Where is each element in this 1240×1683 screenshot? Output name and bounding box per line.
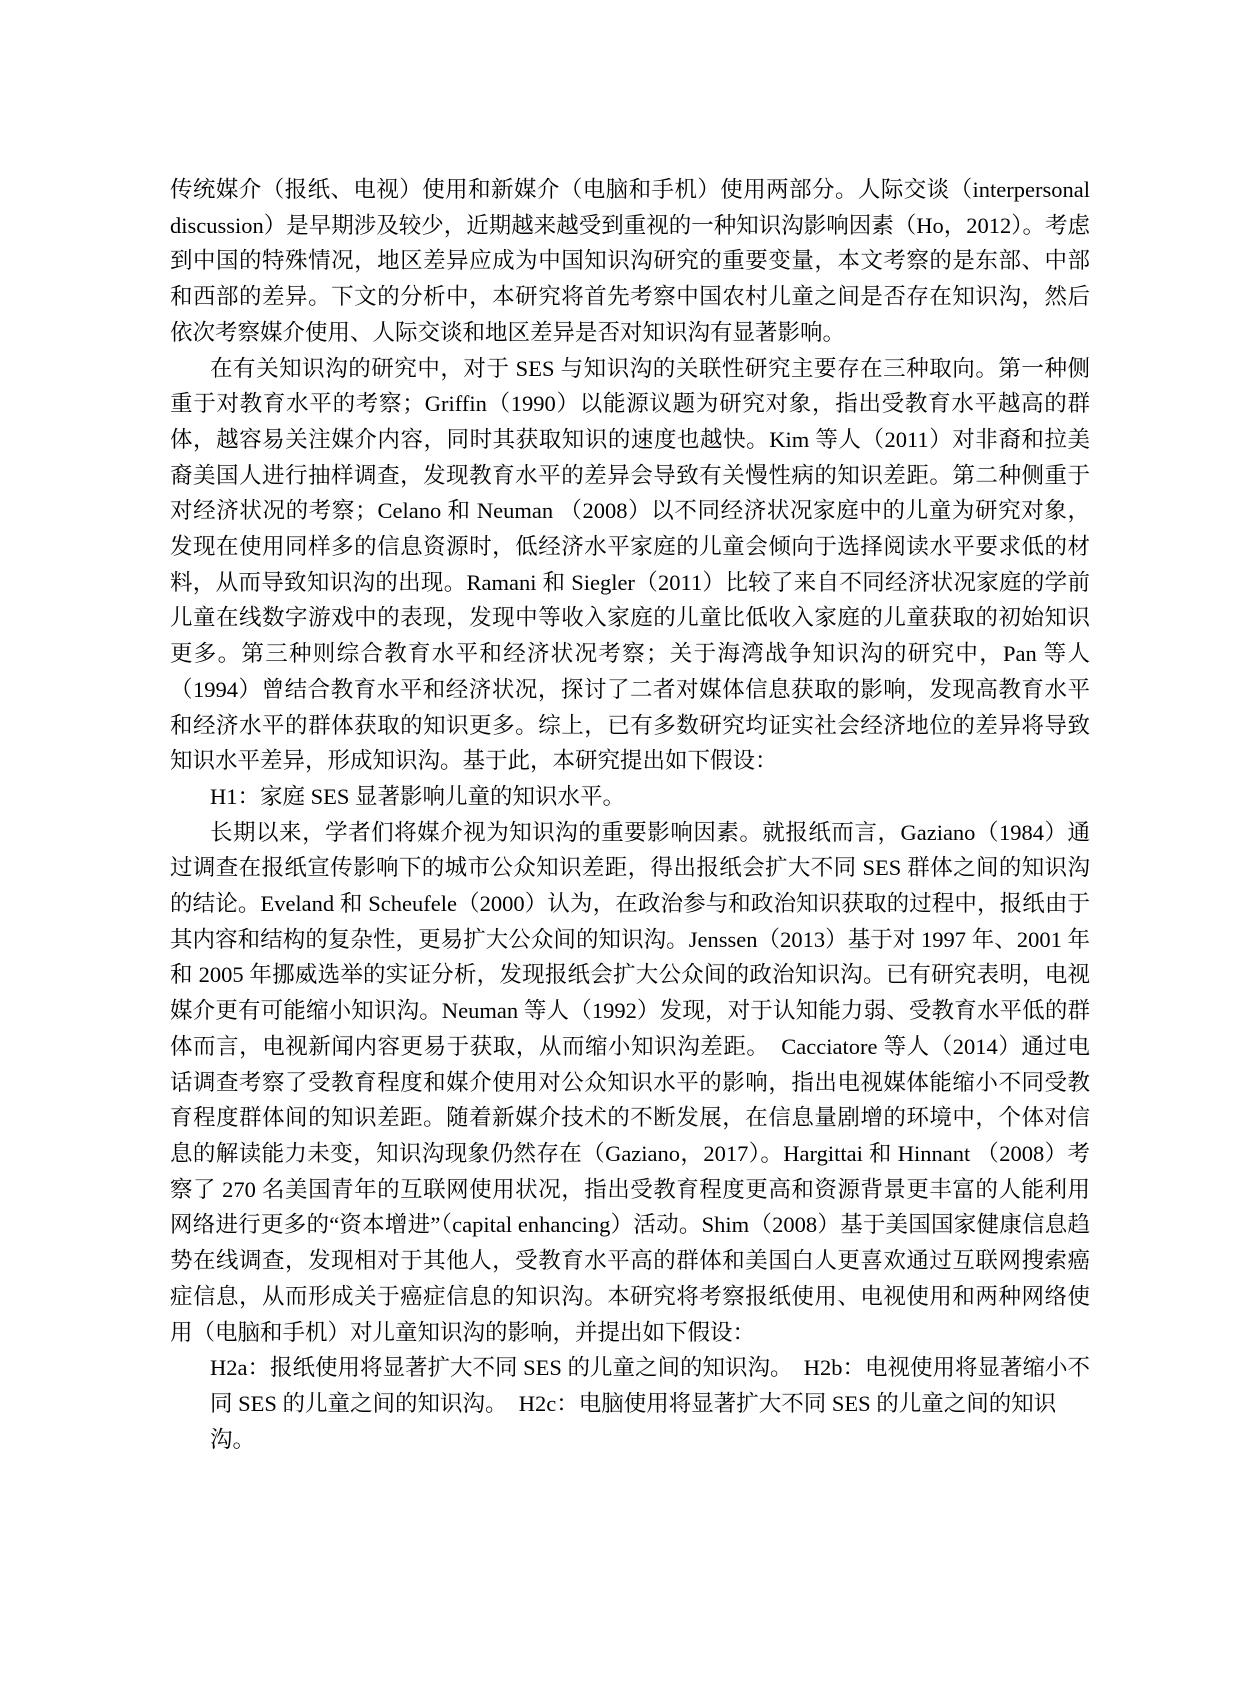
hypothesis-h2-block: H2a：报纸使用将显著扩大不同 SES 的儿童之间的知识沟。 H2b：电视使用将…: [210, 1350, 1090, 1457]
paragraph-continuation: 传统媒介（报纸、电视）使用和新媒介（电脑和手机）使用两部分。人际交谈（inter…: [170, 172, 1090, 351]
document-page: 传统媒介（报纸、电视）使用和新媒介（电脑和手机）使用两部分。人际交谈（inter…: [0, 0, 1240, 1683]
paragraph-media-influence: 长期以来，学者们将媒介视为知识沟的重要影响因素。就报纸而言，Gaziano（19…: [170, 815, 1090, 1351]
hypothesis-h1: H1：家庭 SES 显著影响儿童的知识水平。: [170, 779, 1090, 815]
body-text-block: 传统媒介（报纸、电视）使用和新媒介（电脑和手机）使用两部分。人际交谈（inter…: [170, 172, 1090, 1457]
paragraph-ses-research-orientations: 在有关知识沟的研究中，对于 SES 与知识沟的关联性研究主要存在三种取向。第一种…: [170, 351, 1090, 779]
